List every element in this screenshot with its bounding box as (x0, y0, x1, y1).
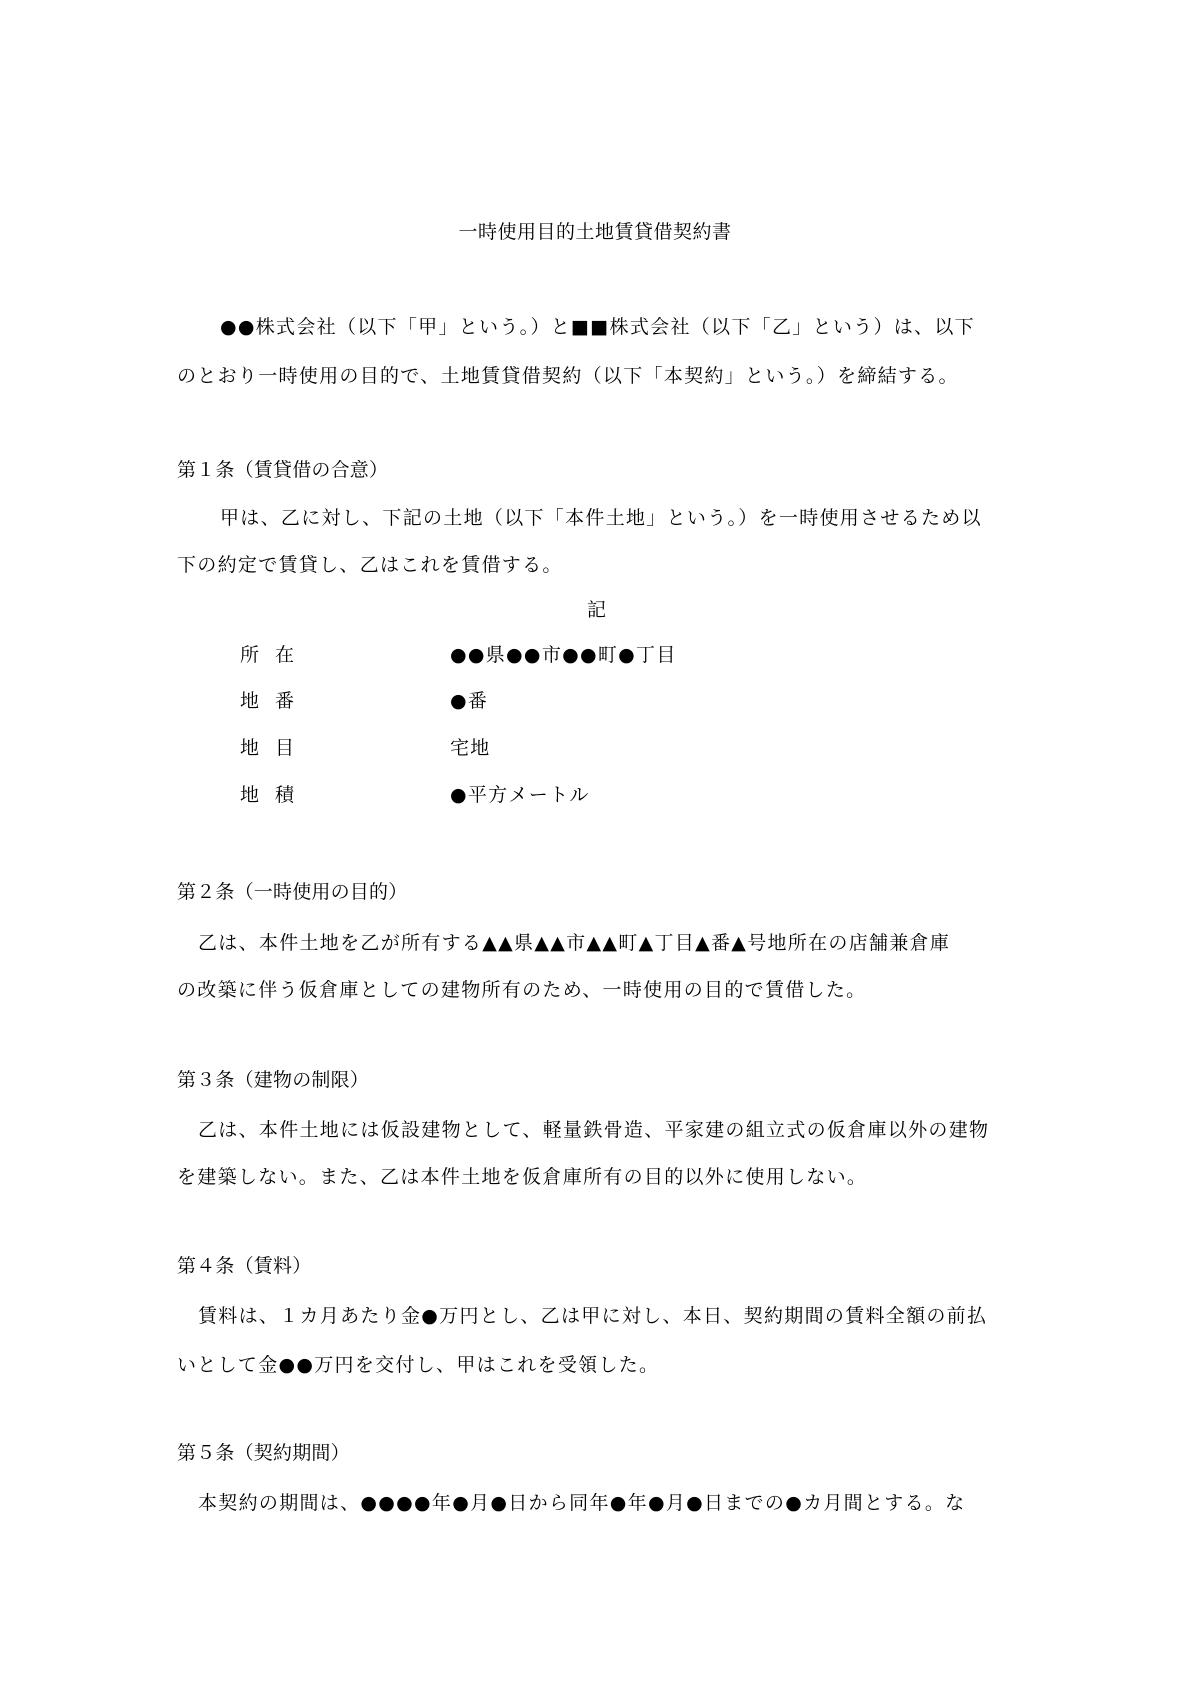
article-3-line-1: 乙は、本件土地には仮設建物として、軽量鉄骨造、平家建の組立式の仮倉庫以外の建物 (198, 1118, 989, 1142)
article-2-line-1: 乙は、本件土地を乙が所有する▲▲県▲▲市▲▲町▲丁目▲番▲号地所在の店舗兼倉庫 (198, 931, 950, 955)
article-4-line-1: 賃料は、１カ月あたり金●万円とし、乙は甲に対し、本日、契約期間の賃料全額の前払 (198, 1304, 987, 1328)
property-label-lot-number: 地番 (240, 689, 310, 713)
property-value-lot-number: ●番 (450, 689, 488, 713)
article-4-heading: 第４条（賃料） (177, 1254, 311, 1278)
preamble-line-1: ●●株式会社（以下「甲」という。）と■■株式会社（以下「乙」という）は、以下 (220, 315, 975, 339)
article-3-line-2: を建築しない。また、乙は本件土地を仮倉庫所有の目的以外に使用しない。 (177, 1165, 867, 1189)
property-label-location: 所在 (240, 643, 310, 667)
article-2-heading: 第２条（一時使用の目的） (177, 880, 407, 904)
property-value-location: ●●県●●市●●町●丁目 (450, 643, 677, 667)
property-value-area: ●平方メートル (450, 783, 590, 807)
article-1-line-2: 下の約定で賃貸し、乙はこれを賃借する。 (177, 553, 563, 577)
article-4-line-2: いとして金●●万円を交付し、甲はこれを受領した。 (177, 1353, 659, 1377)
article-1-heading: 第１条（賃貸借の合意） (177, 458, 388, 482)
document-page: 一時使用目的土地賃貸借契約書 ●●株式会社（以下「甲」という。）と■■株式会社（… (0, 0, 1190, 1684)
article-3-heading: 第３条（建物の制限） (177, 1068, 369, 1092)
property-value-land-category: 宅地 (450, 736, 491, 760)
preamble-line-2: のとおり一時使用の目的で、土地賃貸借契約（以下「本契約」という。）を締結する。 (177, 364, 959, 388)
article-5-line-1: 本契約の期間は、●●●●年●月●日から同年●年●月●日までの●カ月間とする。な (198, 1491, 966, 1515)
property-label-area: 地積 (240, 783, 310, 807)
article-1-line-1: 甲は、乙に対し、下記の土地（以下「本件土地」という。）を一時使用させるため以 (220, 506, 982, 530)
article-5-heading: 第５条（契約期間） (177, 1441, 350, 1465)
article-2-line-2: の改築に伴う仮倉庫としての建物所有のため、一時使用の目的で賃借した。 (177, 978, 866, 1002)
document-title: 一時使用目的土地賃貸借契約書 (0, 220, 1190, 244)
ki-label: 記 (587, 598, 607, 622)
property-label-land-category: 地目 (240, 736, 310, 760)
